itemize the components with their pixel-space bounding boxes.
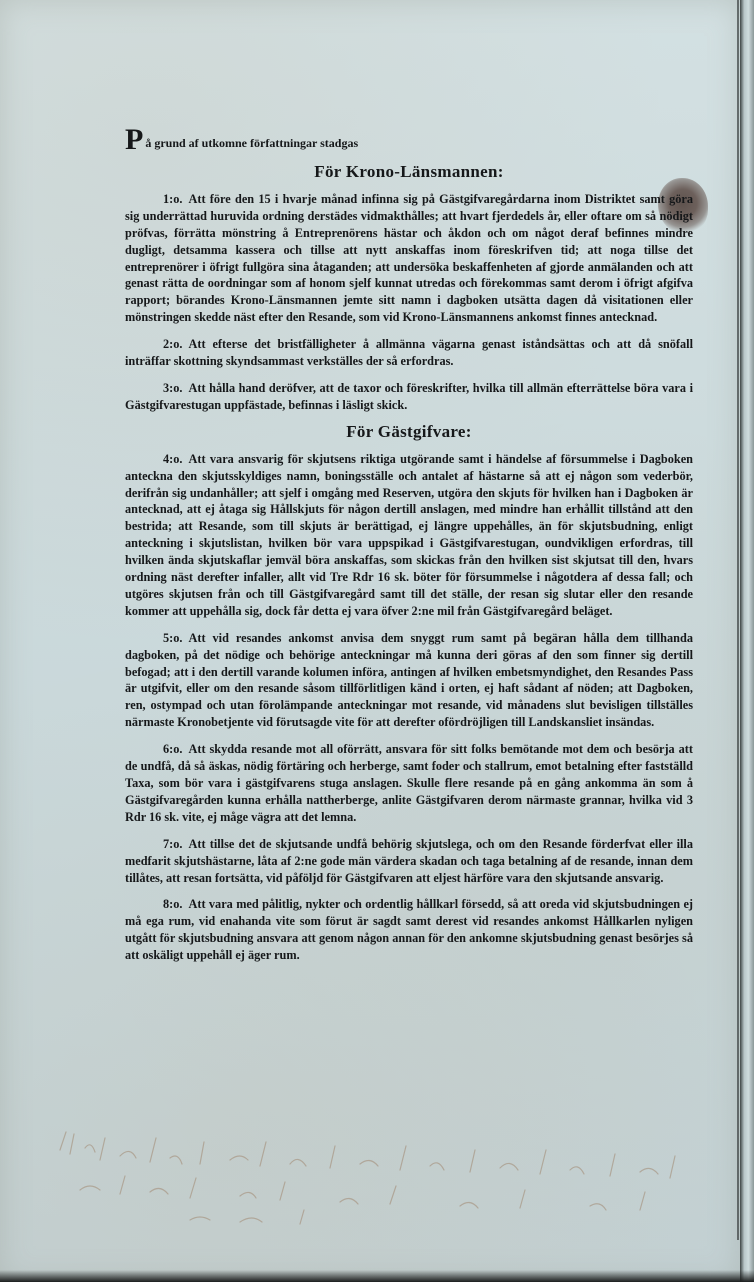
page-edge — [740, 0, 754, 1282]
article-text: Att vara ansvarig för skjutsens riktiga … — [125, 452, 693, 618]
article-8: 8:o.Att vara med pålitlig, nykter och or… — [125, 896, 693, 964]
article-text: Att tillse det de skjutsande undfå behör… — [125, 837, 693, 885]
article-number: 3:o. — [163, 381, 182, 395]
article-text: Att hålla hand deröfver, att de taxor oc… — [125, 381, 693, 412]
intro-text: å grund af utkomne författningar stadgas — [145, 136, 358, 150]
article-1: 1:o.Att före den 15 i hvarje månad infin… — [125, 191, 693, 326]
article-number: 6:o. — [163, 742, 182, 756]
article-number: 7:o. — [163, 837, 182, 851]
drop-cap: P — [125, 123, 143, 156]
article-text: Att efterse det bristfälligheter å allmä… — [125, 337, 693, 368]
article-text: Att vara med pålitlig, nykter och ordent… — [125, 897, 693, 962]
page-bottom-shadow — [0, 1270, 754, 1282]
article-text: Att skydda resande mot all oförrätt, ans… — [125, 742, 693, 824]
section-krono-lansmannen: För Krono-Länsmannen: 1:o.Att före den 1… — [125, 164, 693, 414]
section-heading: För Gästgifvare: — [125, 424, 693, 441]
article-text: Att före den 15 i hvarje månad infinna s… — [125, 192, 693, 324]
article-number: 8:o. — [163, 897, 182, 911]
document-body: På grund af utkomne författningar stadga… — [125, 128, 693, 974]
article-number: 5:o. — [163, 631, 182, 645]
page-fold-line — [737, 0, 739, 1240]
scanned-page: På grund af utkomne författningar stadga… — [0, 0, 740, 1282]
section-gastgifvare: För Gästgifvare: 4:o.Att vara ansvarig f… — [125, 424, 693, 964]
article-text: Att vid resandes ankomst anvisa dem snyg… — [125, 631, 693, 730]
article-4: 4:o.Att vara ansvarig för skjutsens rikt… — [125, 451, 693, 620]
article-number: 4:o. — [163, 452, 182, 466]
section-heading: För Krono-Länsmannen: — [125, 164, 693, 181]
article-6: 6:o.Att skydda resande mot all oförrätt,… — [125, 741, 693, 826]
article-2: 2:o.Att efterse det bristfälligheter å a… — [125, 336, 693, 370]
article-number: 1:o. — [163, 192, 182, 206]
intro-line: På grund af utkomne författningar stadga… — [125, 128, 693, 152]
faded-handwriting-bleedthrough — [40, 1120, 700, 1230]
article-5: 5:o.Att vid resandes ankomst anvisa dem … — [125, 630, 693, 731]
article-3: 3:o.Att hålla hand deröfver, att de taxo… — [125, 380, 693, 414]
article-7: 7:o.Att tillse det de skjutsande undfå b… — [125, 836, 693, 887]
article-number: 2:o. — [163, 337, 182, 351]
